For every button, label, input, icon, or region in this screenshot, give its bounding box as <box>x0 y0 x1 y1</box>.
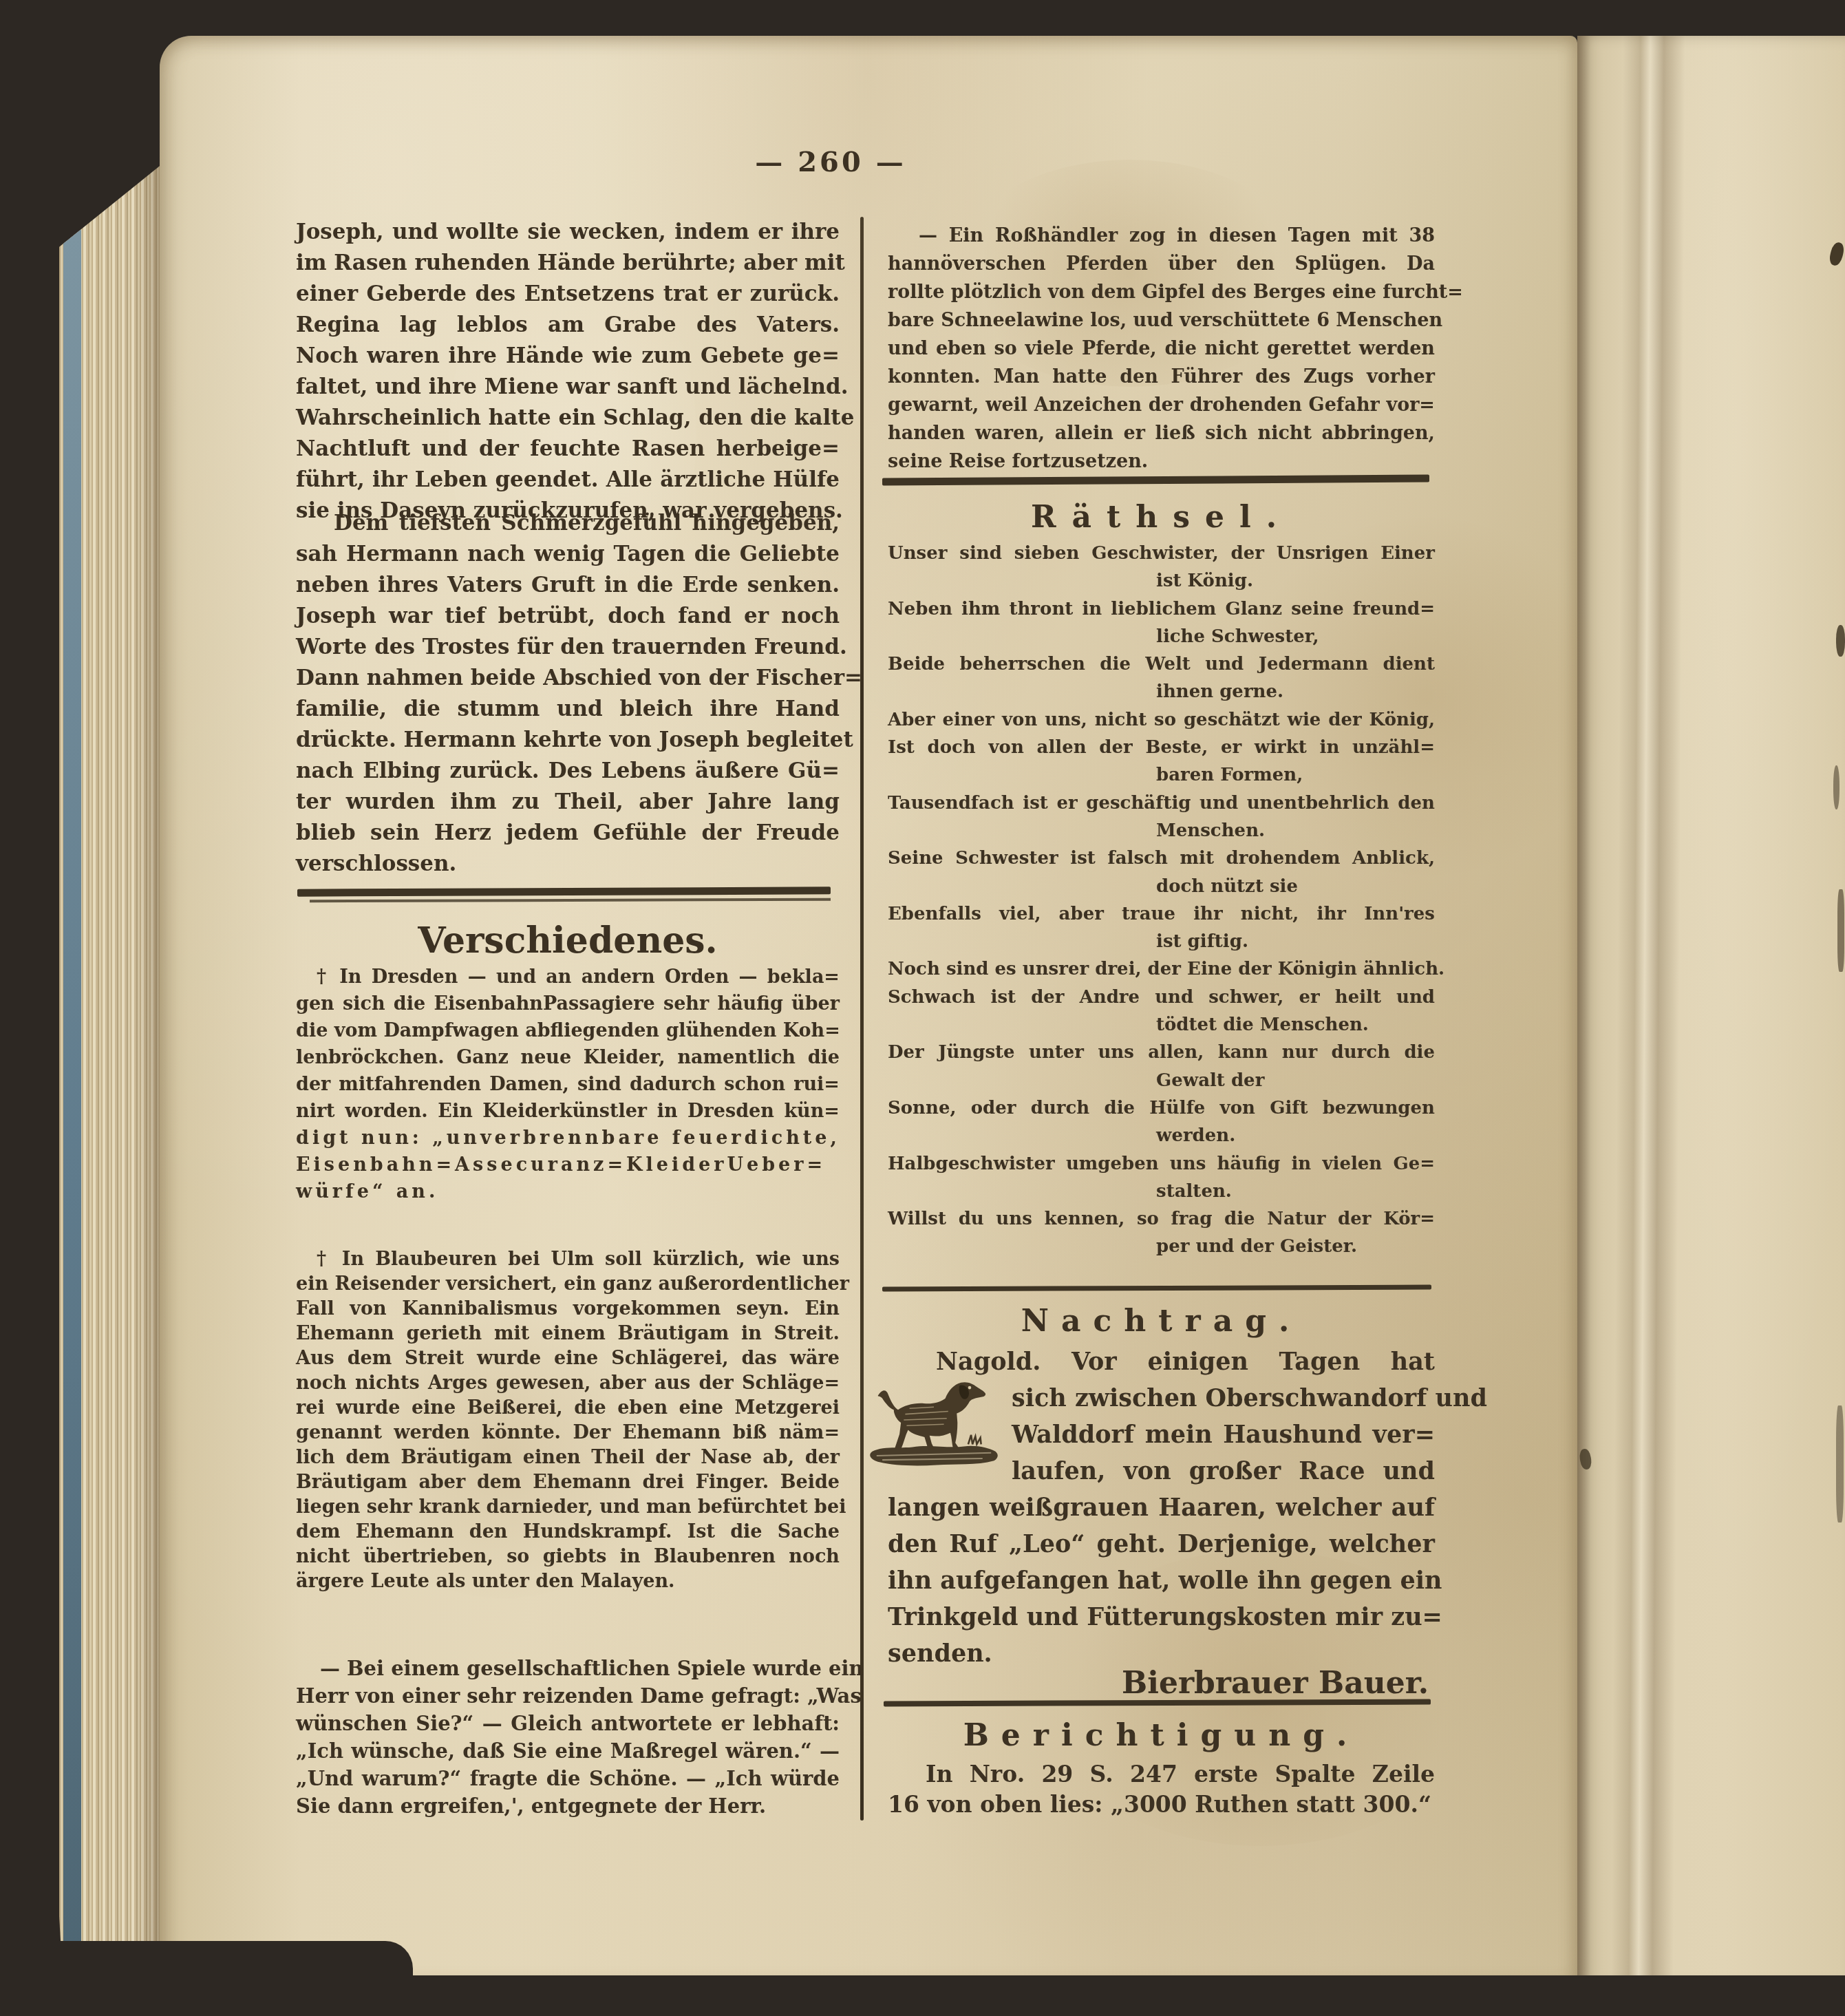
text-line: „Und warum?“ fragte die Schöne. — „Ich w… <box>296 1765 840 1792</box>
text-line: Ist doch von allen der Beste, er wirkt i… <box>888 734 1435 761</box>
text-line: doch nützt sie <box>888 873 1435 900</box>
news-item: † In Dresden — und an andern Orden — bek… <box>296 964 840 1205</box>
text-line: Noch sind es unsrer drei, der Eine der K… <box>888 955 1435 983</box>
text-line: Gewalt der <box>888 1067 1435 1094</box>
text-line: ist giftig. <box>888 928 1435 955</box>
text-line: den Ruf „Leo“ geht. Derjenige, welcher <box>888 1526 1435 1562</box>
section-rule <box>884 1699 1431 1707</box>
column-divider-rule <box>860 217 864 1821</box>
text-line: bare Schneelawine los, uud verschüttete … <box>888 306 1435 335</box>
photo-background <box>0 0 1845 36</box>
text-line: rei wurde eine Beißerei, die eben eine M… <box>296 1396 840 1421</box>
text-line: werden. <box>888 1122 1435 1149</box>
section-rule <box>882 1285 1431 1292</box>
text-line: würfe“ an. <box>296 1178 840 1205</box>
text-line: In Nro. 29 S. 247 erste Spalte Zeile <box>888 1759 1435 1790</box>
section-divider-rule <box>297 888 831 902</box>
text-line: Joseph war tief betrübt, doch fand er no… <box>296 601 840 632</box>
text-line: Unser sind sieben Geschwister, der Unsri… <box>888 540 1435 567</box>
text-line: rollte plötzlich von dem Gipfel des Berg… <box>888 278 1435 306</box>
text-line: Fall von Kannibalismus vorgekommen seyn.… <box>296 1297 840 1322</box>
text-line: Eisenbahn=Assecuranz=KleiderUeber= <box>296 1152 840 1178</box>
text-line: Regina lag leblos am Grabe des Vaters. <box>296 310 840 341</box>
text-line: nach Elbing zurück. Des Lebens äußere Gü… <box>296 756 840 787</box>
text-line: langen weißgrauen Haaren, welcher auf <box>888 1489 1435 1526</box>
text-line: gewarnt, weil Anzeichen der drohenden Ge… <box>888 391 1435 419</box>
photo-background <box>0 0 59 2016</box>
text-line: seine Reise fortzusetzen. <box>888 447 1435 476</box>
text-line: Halbgeschwister umgeben uns häufig in vi… <box>888 1150 1435 1178</box>
riddle-verse: Unser sind sieben Geschwister, der Unsri… <box>888 540 1435 1261</box>
text-line: Tausendfach ist er geschäftig und unentb… <box>888 789 1435 817</box>
divider-thick-bar <box>297 887 831 896</box>
text-line: Schwach ist der Andre und schwer, er hei… <box>888 984 1435 1011</box>
text-line: Dann nahmen beide Abschied von der Fisch… <box>296 663 840 694</box>
photo-background <box>0 1975 1845 2016</box>
text-line: Aber einer von uns, nicht so geschätzt w… <box>888 706 1435 734</box>
text-line: nirt worden. Ein Kleiderkünstler in Dres… <box>296 1098 840 1125</box>
text-line: Aus dem Streit wurde eine Schlägerei, da… <box>296 1346 840 1371</box>
text-line: Bräutigam aber dem Ehemann drei Finger. … <box>296 1470 840 1495</box>
text-line: Der Jüngste unter uns allen, kann nur du… <box>888 1039 1435 1066</box>
text-line: sich zwischen Oberschwandorf und <box>888 1380 1435 1416</box>
text-line: 16 von oben lies: „3000 Ruthen statt 300… <box>888 1790 1435 1820</box>
text-line: Ehemann gerieth mit einem Bräutigam in S… <box>296 1322 840 1346</box>
text-line: Willst du uns kennen, so frag die Natur … <box>888 1205 1435 1233</box>
text-line: per und der Geister. <box>888 1233 1435 1260</box>
text-line: faltet, und ihre Miene war sanft und läc… <box>296 372 840 403</box>
divider-thin-bar <box>310 898 831 903</box>
text-line: wünschen Sie?“ — Gleich antwortete er le… <box>296 1710 840 1737</box>
page-number: — 260 — <box>693 146 968 178</box>
text-line: Sie dann ergreifen,', entgegnete der Her… <box>296 1792 840 1820</box>
book-scan-photo: — 260 — Joseph, und wollte sie wecken, i… <box>0 0 1845 2016</box>
text-line: genannt werden könnte. Der Ehemann biß n… <box>296 1421 840 1445</box>
text-line: Nagold. Vor einigen Tagen hat <box>888 1344 1435 1380</box>
text-line: sah Hermann nach wenig Tagen die Geliebt… <box>296 539 840 570</box>
text-line: „Ich wünsche, daß Sie eine Maßregel wäre… <box>296 1737 840 1765</box>
facing-page <box>1577 36 1845 1985</box>
text-line: Herr von einer sehr reizenden Dame gefra… <box>296 1682 840 1710</box>
text-line: handen waren, allein er ließ sich nicht … <box>888 419 1435 447</box>
text-line: † In Dresden — und an andern Orden — bek… <box>296 964 840 990</box>
lost-dog-notice: Nagold. Vor einigen Tagen hatsich zwisch… <box>888 1344 1435 1672</box>
text-line: ärgere Leute als unter den Malayen. <box>296 1569 840 1594</box>
text-line: Noch waren ihre Hände wie zum Gebete ge= <box>296 341 840 372</box>
text-line: Beide beherrschen die Welt und Jedermann… <box>888 650 1435 678</box>
text-line: liche Schwester, <box>888 623 1435 650</box>
text-line: tödtet die Menschen. <box>888 1011 1435 1039</box>
text-line: digt nun: „unverbrennbare feuerdichte, <box>296 1125 840 1152</box>
text-line: konnten. Man hatte den Führer des Zugs v… <box>888 363 1435 391</box>
section-heading-verschiedenes: Verschiedenes. <box>296 920 840 962</box>
notice-signature: Bierbrauer Bauer. <box>888 1666 1435 1701</box>
news-item: — Ein Roßhändler zog in diesen Tagen mit… <box>888 222 1435 476</box>
text-line: blieb sein Herz jedem Gefühle der Freude <box>296 818 840 849</box>
text-line: führt, ihr Leben geendet. Alle ärztliche… <box>296 465 840 496</box>
text-line: Neben ihm thront in lieblichem Glanz sei… <box>888 595 1435 623</box>
section-heading-berichtigung: Berichtigung. <box>888 1718 1435 1753</box>
newspaper-page: — 260 — Joseph, und wollte sie wecken, i… <box>160 36 1577 1985</box>
ink-mark <box>1836 1405 1844 1522</box>
text-line: Seine Schwester ist falsch mit drohendem… <box>888 845 1435 872</box>
text-line: lenbröckchen. Ganz neue Kleider, namentl… <box>296 1044 840 1071</box>
text-line: verschlossen. <box>296 849 840 880</box>
ink-mark <box>1833 765 1839 809</box>
correction-text: In Nro. 29 S. 247 erste Spalte Zeile16 v… <box>888 1759 1435 1820</box>
text-line: Walddorf mein Haushund ver= <box>888 1416 1435 1453</box>
text-line: Joseph, und wollte sie wecken, indem er … <box>296 217 840 248</box>
text-line: gen sich die EisenbahnPassagiere sehr hä… <box>296 990 840 1017</box>
text-line: im Rasen ruhenden Hände berührte; aber m… <box>296 248 840 279</box>
text-line: — Bei einem gesellschaftlichen Spiele wu… <box>296 1655 840 1682</box>
section-rule <box>882 475 1429 486</box>
text-line: noch nichts Arges gewesen, aber aus der … <box>296 1371 840 1396</box>
text-line: Wahrscheinlich hatte ein Schlag, den die… <box>296 403 840 434</box>
ink-mark <box>1836 625 1845 657</box>
book-fore-edge-pages <box>59 164 162 1971</box>
story-paragraph: Joseph, und wollte sie wecken, indem er … <box>296 217 840 527</box>
text-line: † In Blaubeuren bei Ulm soll kürzlich, w… <box>296 1247 840 1272</box>
text-line: ist König. <box>888 567 1435 595</box>
news-item: † In Blaubeuren bei Ulm soll kürzlich, w… <box>296 1247 840 1594</box>
text-line: laufen, von großer Race und <box>888 1453 1435 1489</box>
text-line: Sonne, oder durch die Hülfe von Gift bez… <box>888 1094 1435 1122</box>
text-line: stalten. <box>888 1178 1435 1205</box>
ink-mark <box>1828 241 1845 266</box>
text-line: einer Geberde des Entsetzens trat er zur… <box>296 279 840 310</box>
news-item: — Bei einem gesellschaftlichen Spiele wu… <box>296 1655 840 1820</box>
text-line: ihn aufgefangen hat, wolle ihn gegen ein <box>888 1562 1435 1599</box>
text-line: Dem tiefsten Schmerzgefühl hingegeben, <box>296 508 840 539</box>
text-line: Ebenfalls viel, aber traue ihr nicht, ih… <box>888 900 1435 928</box>
section-heading-raethsel: Räthsel. <box>888 500 1435 535</box>
text-line: — Ein Roßhändler zog in diesen Tagen mit… <box>888 222 1435 250</box>
text-line: hannöverschen Pferden über den Splügen. … <box>888 250 1435 278</box>
text-line: nicht übertrieben, so giebts in Blaubenr… <box>296 1545 840 1569</box>
text-line: neben ihres Vaters Gruft in die Erde sen… <box>296 570 840 601</box>
text-line: ihnen gerne. <box>888 678 1435 705</box>
text-line: ein Reisender versichert, ein ganz außer… <box>296 1272 840 1297</box>
text-line: Nachtluft und der feuchte Rasen herbeige… <box>296 434 840 465</box>
text-line: ter wurden ihm zu Theil, aber Jahre lang <box>296 787 840 818</box>
text-line: familie, die stumm und bleich ihre Hand <box>296 694 840 725</box>
text-line: lich dem Bräutigam einen Theil der Nase … <box>296 1445 840 1470</box>
text-line: dem Ehemann den Hundskrampf. Ist die Sac… <box>296 1520 840 1545</box>
text-line: Worte des Trostes für den trauernden Fre… <box>296 632 840 663</box>
section-heading-nachtrag: Nachtrag. <box>888 1304 1435 1339</box>
ink-mark <box>1837 889 1844 972</box>
text-line: der mitfahrenden Damen, sind dadurch sch… <box>296 1071 840 1098</box>
page-fold-crease <box>1611 36 1685 1985</box>
text-line: liegen sehr krank darnieder, und man bef… <box>296 1495 840 1520</box>
text-line: die vom Dampfwagen abfliegenden glühende… <box>296 1017 840 1044</box>
text-line: baren Formen, <box>888 761 1435 789</box>
text-line: drückte. Hermann kehrte von Joseph begle… <box>296 725 840 756</box>
text-line: und eben so viele Pferde, die nicht gere… <box>888 335 1435 363</box>
text-line: Trinkgeld und Fütterungskosten mir zu= <box>888 1599 1435 1635</box>
story-paragraph: Dem tiefsten Schmerzgefühl hingegeben,sa… <box>296 508 840 880</box>
text-line: Menschen. <box>888 817 1435 845</box>
book-cover-edge <box>63 230 81 1971</box>
